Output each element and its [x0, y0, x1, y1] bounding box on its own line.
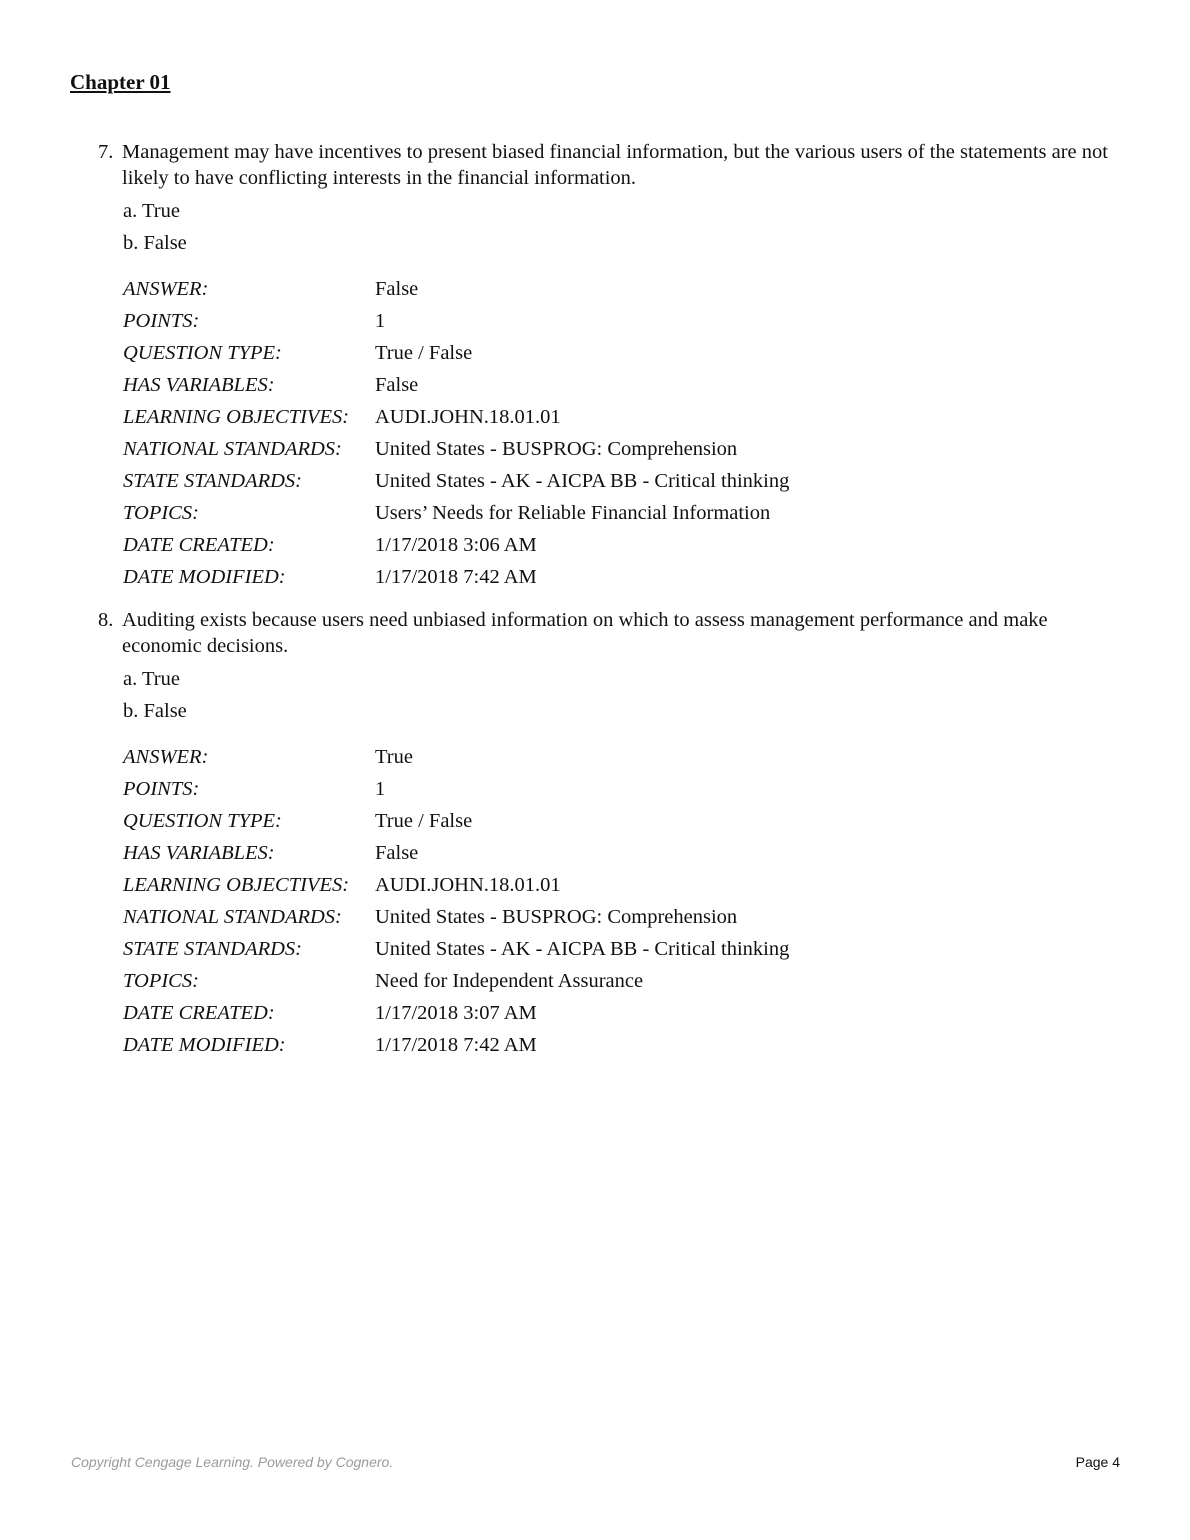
meta-value: 1/17/2018 3:07 AM — [375, 997, 1128, 1029]
meta-value: False — [375, 369, 1128, 401]
meta-label: HAS VARIABLES: — [123, 369, 375, 401]
question-metadata: ANSWER:True POINTS:1 QUESTION TYPE:True … — [123, 741, 1128, 1061]
option-false: b. False — [123, 695, 1128, 727]
question-7: 7. Management may have incentives to pre… — [98, 139, 1128, 593]
chapter-title: Chapter 01 — [70, 70, 171, 95]
meta-row-learning-objectives: LEARNING OBJECTIVES:AUDI.JOHN.18.01.01 — [123, 869, 1128, 901]
meta-row-date-modified: DATE MODIFIED:1/17/2018 7:42 AM — [123, 1029, 1128, 1061]
option-true: a. True — [123, 195, 1128, 227]
meta-row-national-standards: NATIONAL STANDARDS:United States - BUSPR… — [123, 901, 1128, 933]
meta-value: 1 — [375, 305, 1128, 337]
meta-label: DATE CREATED: — [123, 997, 375, 1029]
meta-value: False — [375, 273, 1128, 305]
meta-row-points: POINTS:1 — [123, 305, 1128, 337]
meta-row-national-standards: NATIONAL STANDARDS:United States - BUSPR… — [123, 433, 1128, 465]
meta-label: TOPICS: — [123, 965, 375, 997]
answer-options: a. True b. False — [123, 663, 1128, 727]
meta-row-has-variables: HAS VARIABLES:False — [123, 369, 1128, 401]
meta-value: False — [375, 837, 1128, 869]
meta-value: 1/17/2018 3:06 AM — [375, 529, 1128, 561]
option-false: b. False — [123, 227, 1128, 259]
meta-value: True / False — [375, 805, 1128, 837]
answer-options: a. True b. False — [123, 195, 1128, 259]
meta-row-date-created: DATE CREATED:1/17/2018 3:07 AM — [123, 997, 1128, 1029]
meta-label: LEARNING OBJECTIVES: — [123, 869, 375, 901]
meta-row-state-standards: STATE STANDARDS:United States - AK - AIC… — [123, 933, 1128, 965]
meta-label: HAS VARIABLES: — [123, 837, 375, 869]
meta-label: NATIONAL STANDARDS: — [123, 433, 375, 465]
meta-label: QUESTION TYPE: — [123, 337, 375, 369]
meta-row-question-type: QUESTION TYPE:True / False — [123, 805, 1128, 837]
meta-row-learning-objectives: LEARNING OBJECTIVES:AUDI.JOHN.18.01.01 — [123, 401, 1128, 433]
meta-label: STATE STANDARDS: — [123, 933, 375, 965]
meta-value: United States - BUSPROG: Comprehension — [375, 433, 1128, 465]
question-number: 8. — [98, 607, 122, 659]
meta-row-question-type: QUESTION TYPE:True / False — [123, 337, 1128, 369]
page-number: Page 4 — [1076, 1454, 1120, 1470]
question-8: 8. Auditing exists because users need un… — [98, 607, 1128, 1061]
meta-label: DATE MODIFIED: — [123, 561, 375, 593]
meta-label: QUESTION TYPE: — [123, 805, 375, 837]
meta-value: AUDI.JOHN.18.01.01 — [375, 401, 1128, 433]
meta-row-date-modified: DATE MODIFIED:1/17/2018 7:42 AM — [123, 561, 1128, 593]
meta-label: LEARNING OBJECTIVES: — [123, 401, 375, 433]
meta-label: STATE STANDARDS: — [123, 465, 375, 497]
meta-row-date-created: DATE CREATED:1/17/2018 3:06 AM — [123, 529, 1128, 561]
meta-row-has-variables: HAS VARIABLES:False — [123, 837, 1128, 869]
meta-label: TOPICS: — [123, 497, 375, 529]
meta-row-state-standards: STATE STANDARDS:United States - AK - AIC… — [123, 465, 1128, 497]
meta-value: 1/17/2018 7:42 AM — [375, 1029, 1128, 1061]
meta-label: POINTS: — [123, 305, 375, 337]
option-true: a. True — [123, 663, 1128, 695]
meta-value: Users’ Needs for Reliable Financial Info… — [375, 497, 1128, 529]
meta-value: 1/17/2018 7:42 AM — [375, 561, 1128, 593]
meta-label: NATIONAL STANDARDS: — [123, 901, 375, 933]
meta-value: True — [375, 741, 1128, 773]
meta-value: Need for Independent Assurance — [375, 965, 1128, 997]
question-number: 7. — [98, 139, 122, 191]
question-text: Auditing exists because users need unbia… — [122, 607, 1128, 659]
meta-value: United States - AK - AICPA BB - Critical… — [375, 465, 1128, 497]
meta-row-answer: ANSWER:False — [123, 273, 1128, 305]
meta-label: DATE MODIFIED: — [123, 1029, 375, 1061]
meta-row-points: POINTS:1 — [123, 773, 1128, 805]
question-text: Management may have incentives to presen… — [122, 139, 1128, 191]
meta-row-topics: TOPICS:Need for Independent Assurance — [123, 965, 1128, 997]
meta-row-answer: ANSWER:True — [123, 741, 1128, 773]
meta-value: True / False — [375, 337, 1128, 369]
meta-value: 1 — [375, 773, 1128, 805]
meta-label: ANSWER: — [123, 273, 375, 305]
meta-label: ANSWER: — [123, 741, 375, 773]
meta-label: DATE CREATED: — [123, 529, 375, 561]
meta-value: United States - BUSPROG: Comprehension — [375, 901, 1128, 933]
meta-value: United States - AK - AICPA BB - Critical… — [375, 933, 1128, 965]
meta-value: AUDI.JOHN.18.01.01 — [375, 869, 1128, 901]
meta-label: POINTS: — [123, 773, 375, 805]
question-metadata: ANSWER:False POINTS:1 QUESTION TYPE:True… — [123, 273, 1128, 593]
meta-row-topics: TOPICS:Users’ Needs for Reliable Financi… — [123, 497, 1128, 529]
footer-copyright: Copyright Cengage Learning. Powered by C… — [71, 1454, 393, 1470]
